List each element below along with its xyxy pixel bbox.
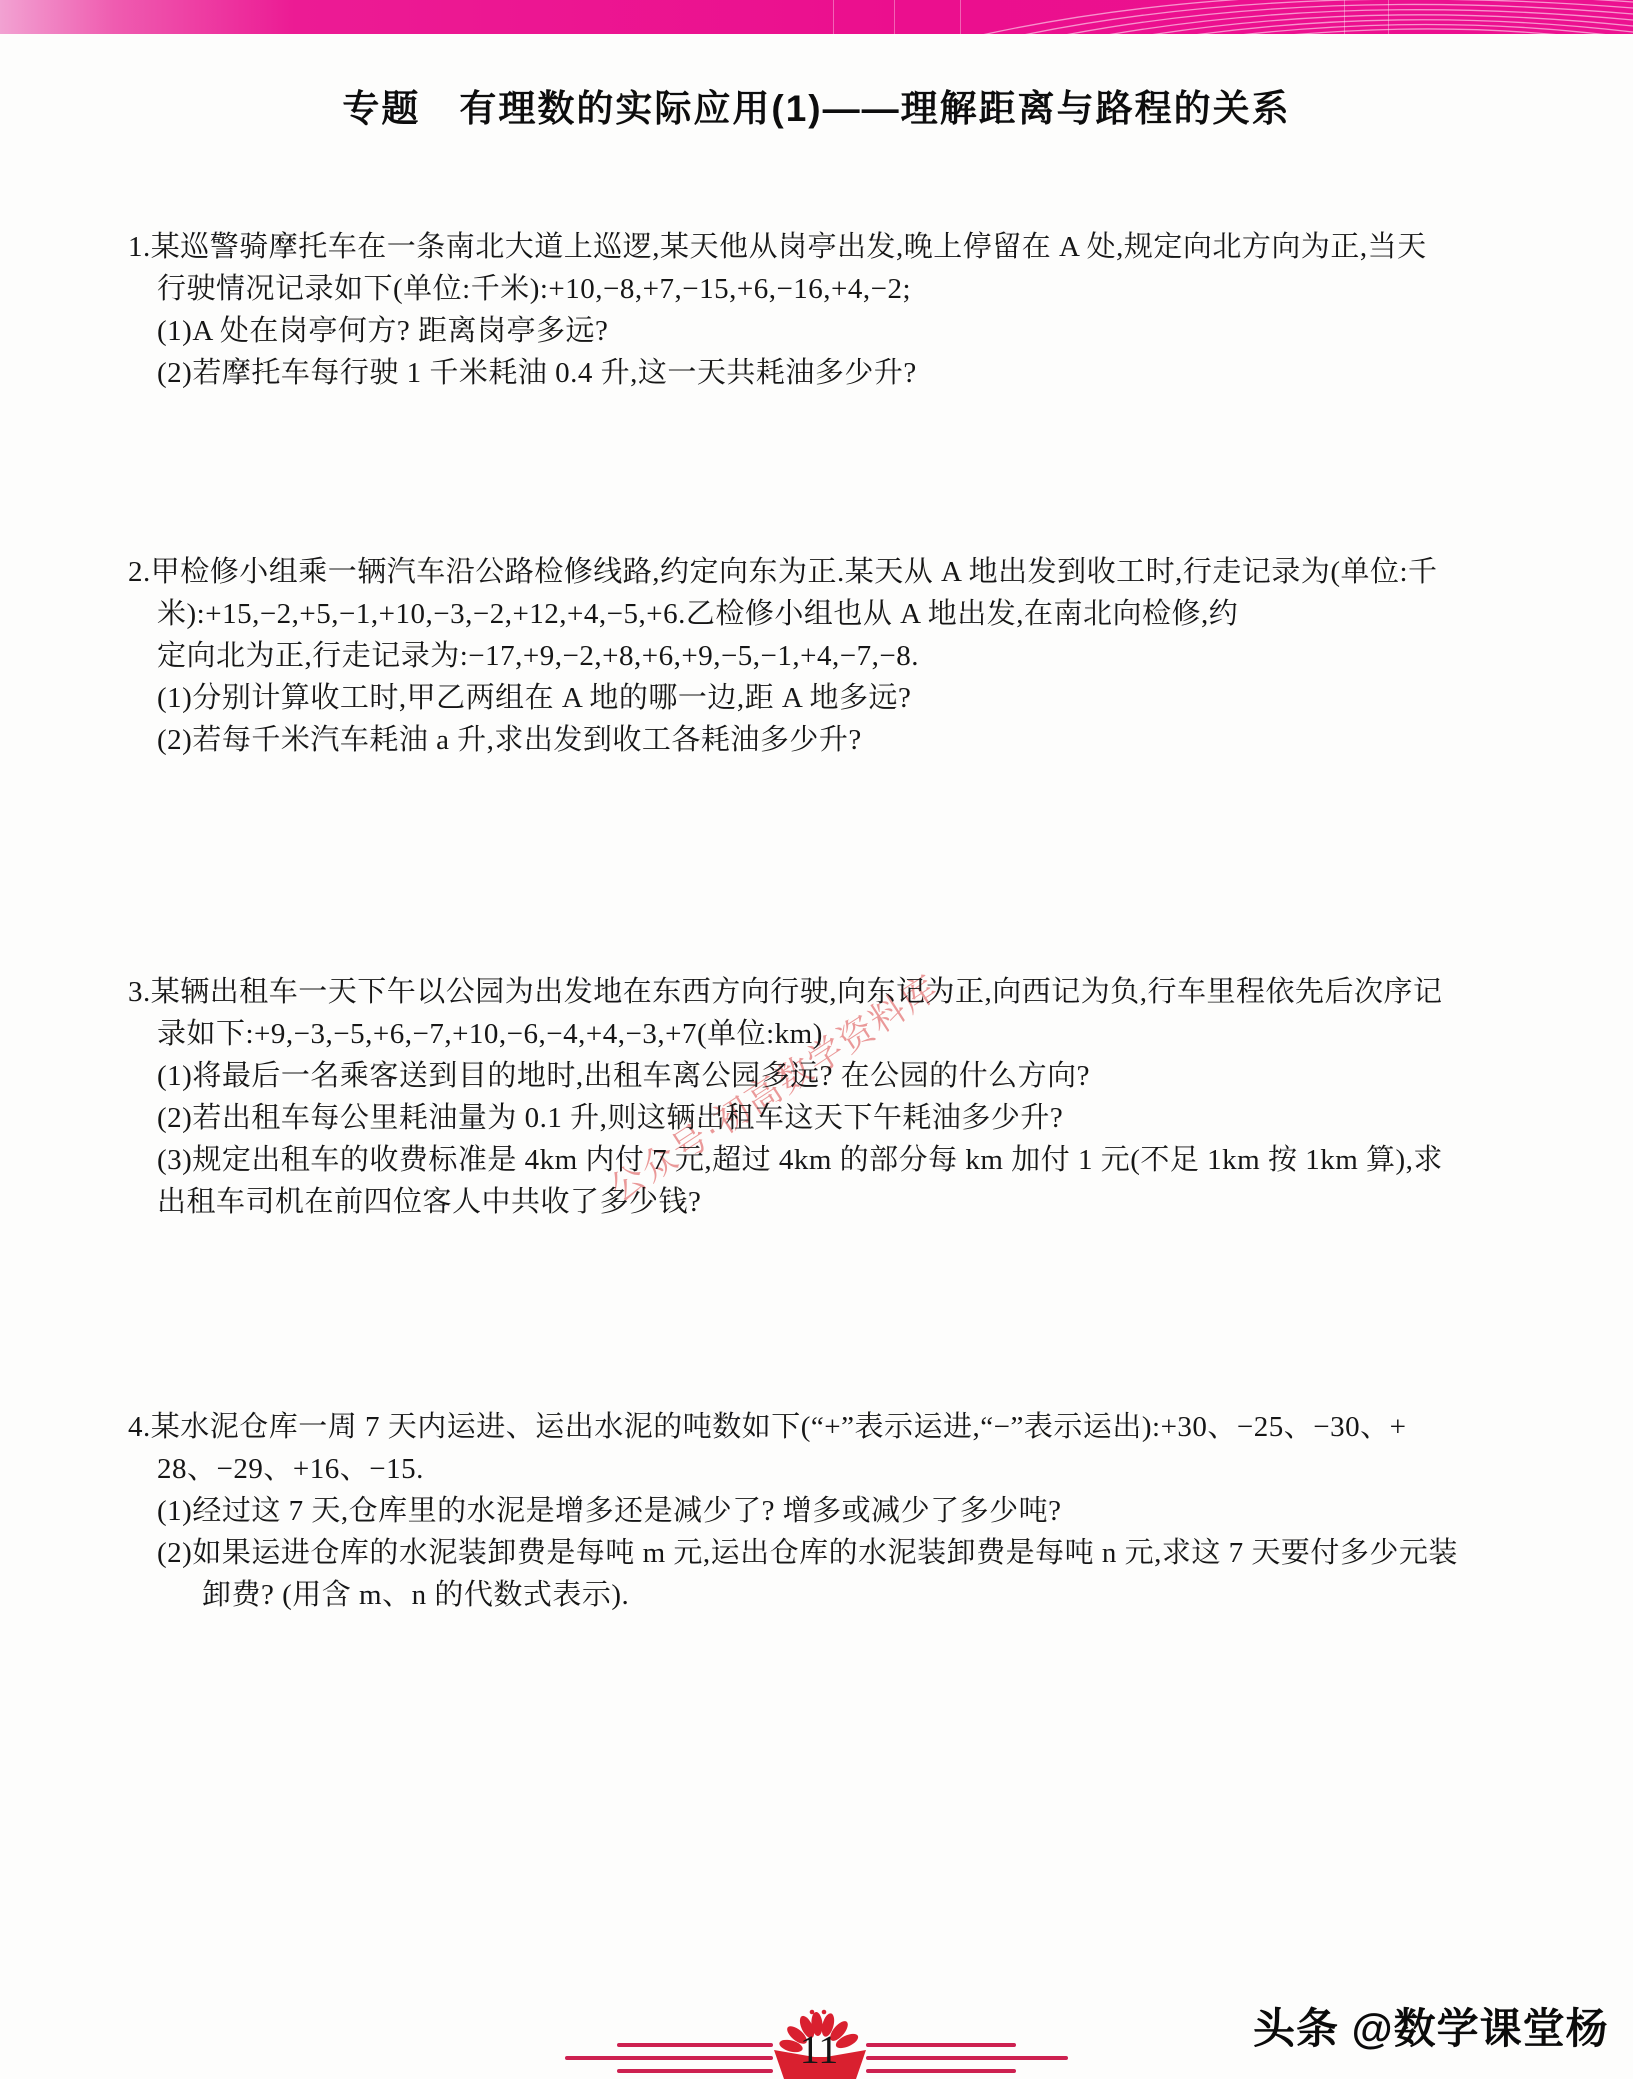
footer-credit: 头条 @数学课堂杨 <box>1253 1996 1609 2056</box>
header-band <box>0 0 1633 34</box>
problem-3: 3.某辆出租车一天下午以公园为出发地在东西方向行驶,向东记为正,向西记为负,行车… <box>128 971 1443 1223</box>
problem-line: (1)A 处在岗亭何方? 距离岗亭多远? <box>128 310 1427 352</box>
problem-line: 米):+15,−2,+5,−1,+10,−3,−2,+12,+4,−5,+6.乙… <box>128 593 1438 635</box>
problem-line: 4.某水泥仓库一周 7 天内运进、运出水泥的吨数如下(“+”表示运进,“−”表示… <box>128 1406 1458 1448</box>
problem-line: 定向北为正,行走记录为:−17,+9,−2,+8,+6,+9,−5,−1,+4,… <box>128 635 1438 677</box>
band-divider <box>833 0 834 34</box>
worksheet-page: 公众号·初高数学资料库 专题 有理数的实际应用(1)——理解距离与路程的关系 1… <box>0 0 1633 2079</box>
problem-line: (2)若每千米汽车耗油 a 升,求出发到收工各耗油多少升? <box>128 719 1438 761</box>
band-divider <box>960 0 961 34</box>
problem-line: (2)如果运进仓库的水泥装卸费是每吨 m 元,运出仓库的水泥装卸费是每吨 n 元… <box>128 1532 1458 1574</box>
problem-line: 出租车司机在前四位客人中共收了多少钱? <box>128 1181 1443 1223</box>
band-divider <box>1388 0 1389 34</box>
page-number: 11 <box>793 2026 845 2073</box>
page-title: 专题 有理数的实际应用(1)——理解距离与路程的关系 <box>0 78 1633 132</box>
problem-2: 2.甲检修小组乘一辆汽车沿公路检修线路,约定向东为正.某天从 A 地出发到收工时… <box>128 551 1438 761</box>
problem-line: (2)若摩托车每行驶 1 千米耗油 0.4 升,这一天共耗油多少升? <box>128 352 1427 394</box>
problem-line: (1)将最后一名乘客送到目的地时,出租车离公园多远? 在公园的什么方向? <box>128 1055 1443 1097</box>
problem-line: 3.某辆出租车一天下午以公园为出发地在东西方向行驶,向东记为正,向西记为负,行车… <box>128 971 1443 1013</box>
problem-line: 行驶情况记录如下(单位:千米):+10,−8,+7,−15,+6,−16,+4,… <box>128 268 1427 310</box>
problem-1: 1.某巡警骑摩托车在一条南北大道上巡逻,某天他从岗亭出发,晚上停留在 A 处,规… <box>128 226 1427 394</box>
problem-line: 2.甲检修小组乘一辆汽车沿公路检修线路,约定向东为正.某天从 A 地出发到收工时… <box>128 551 1438 593</box>
problem-line: (1)经过这 7 天,仓库里的水泥是增多还是减少了? 增多或减少了多少吨? <box>128 1490 1458 1532</box>
problem-line: (2)若出租车每公里耗油量为 0.1 升,则这辆出租车这天下午耗油多少升? <box>128 1097 1443 1139</box>
problem-4: 4.某水泥仓库一周 7 天内运进、运出水泥的吨数如下(“+”表示运进,“−”表示… <box>128 1406 1458 1616</box>
band-divider <box>894 0 895 34</box>
problem-line: 卸费? (用含 m、n 的代数式表示). <box>128 1574 1458 1616</box>
problem-line: 1.某巡警骑摩托车在一条南北大道上巡逻,某天他从岗亭出发,晚上停留在 A 处,规… <box>128 226 1427 268</box>
problem-line: (3)规定出租车的收费标准是 4km 内付 7 元,超过 4km 的部分每 km… <box>128 1139 1443 1181</box>
problem-line: 录如下:+9,−3,−5,+6,−7,+10,−6,−4,+4,−3,+7(单位… <box>128 1013 1443 1055</box>
problem-line: (1)分别计算收工时,甲乙两组在 A 地的哪一边,距 A 地多远? <box>128 677 1438 719</box>
band-divider <box>1344 0 1345 34</box>
problem-line: 28、−29、+16、−15. <box>128 1448 1458 1490</box>
